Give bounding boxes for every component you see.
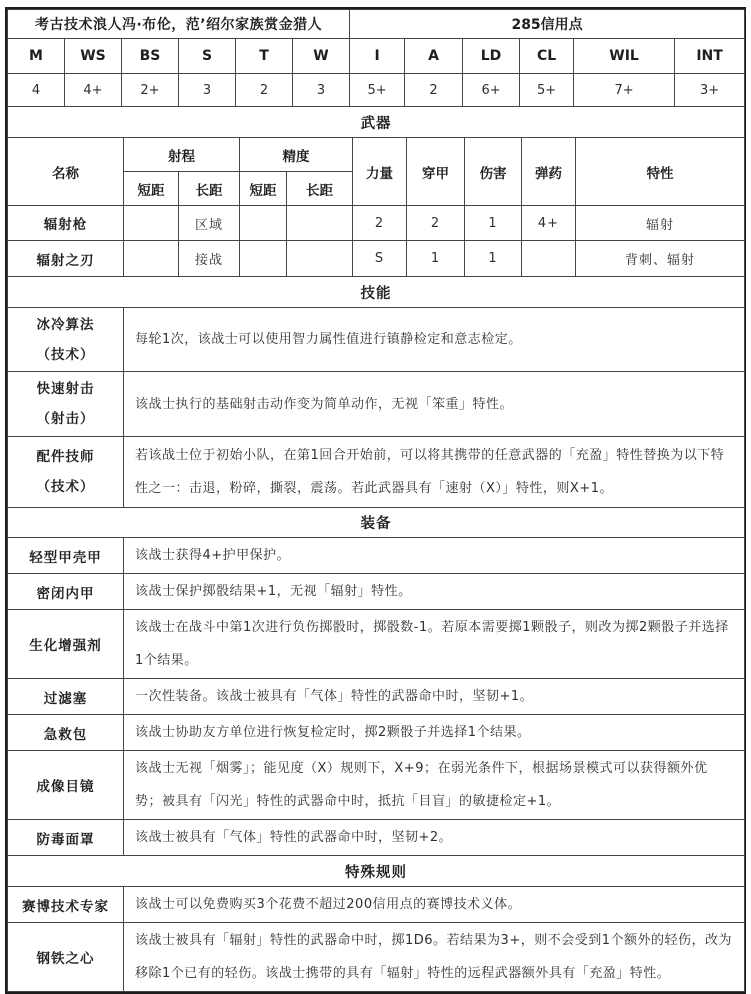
weapon-range-short [124, 206, 179, 241]
stat-header-a: A [405, 39, 463, 74]
special-rule-description: 该战士被具有「辐射」特性的武器命中时，掷1D6。若结果为3+，则不会受到1个额外… [124, 923, 745, 992]
stat-header-row: M WS BS S T W I A LD CL WIL INT [8, 39, 745, 74]
weapons-header-accuracy-long: 长距 [287, 172, 353, 206]
equipment-description: 一次性装备。该战士被具有「气体」特性的武器命中时，坚韧+1。 [124, 679, 745, 715]
weapon-row: 辐射枪 区域 2 2 1 4+ 辐射 [8, 206, 745, 241]
weapons-header-row-1: 名称 射程 精度 力量 穿甲 伤害 弹药 特性 [8, 138, 745, 172]
skill-name-line2: （技术） [8, 340, 123, 370]
skill-name: 配件技师 （技术） [8, 437, 124, 508]
stat-value-m: 4 [8, 74, 65, 107]
stat-header-int: INT [675, 39, 745, 74]
weapon-range-short [124, 241, 179, 277]
stat-header-ld: LD [463, 39, 520, 74]
weapon-acc-long [287, 206, 353, 241]
skill-name: 冰冷算法 （技术） [8, 308, 124, 372]
weapon-damage: 1 [465, 206, 522, 241]
weapon-ap: 1 [407, 241, 465, 277]
equipment-row: 轻型甲壳甲 该战士获得4+护甲保护。 [8, 538, 745, 574]
character-title: 考古技术浪人冯·布伦，范’绍尔家族赏金猎人 [8, 10, 350, 39]
equipment-row: 急救包 该战士协助友方单位进行恢复检定时，掷2颗骰子并选择1个结果。 [8, 715, 745, 751]
weapon-name: 辐射枪 [8, 206, 124, 241]
equipment-description: 该战士无视「烟雾」；能见度（X）规则下，X+9；在弱光条件下，根据场景模式可以获… [124, 751, 745, 820]
skill-name-line2: （射击） [8, 404, 123, 434]
weapons-header-traits: 特性 [576, 138, 745, 206]
stat-value-bs: 2+ [122, 74, 179, 107]
equipment-table: 装备 轻型甲壳甲 该战士获得4+护甲保护。 密闭内甲 该战士保护掷骰结果+1，无… [7, 507, 745, 856]
skill-row: 配件技师 （技术） 若该战士位于初始小队，在第1回合开始前，可以将其携带的任意武… [8, 437, 745, 508]
special-rules-table: 特殊规则 赛博技术专家 该战士可以免费购买3个花费不超过200信用点的赛博技术义… [7, 855, 745, 992]
stat-value-s: 3 [179, 74, 236, 107]
credits-value: 285信用点 [350, 10, 745, 39]
equipment-name: 过滤塞 [8, 679, 124, 715]
stat-header-m: M [8, 39, 65, 74]
stat-value-cl: 5+ [520, 74, 574, 107]
skill-name-line1: 配件技师 [8, 442, 123, 472]
stat-value-int: 3+ [675, 74, 745, 107]
skill-description: 若该战士位于初始小队，在第1回合开始前，可以将其携带的任意武器的「充盈」特性替换… [124, 437, 745, 508]
stat-value-row: 4 4+ 2+ 3 2 3 5+ 2 6+ 5+ 7+ 3+ [8, 74, 745, 107]
equipment-name: 生化增强剂 [8, 610, 124, 679]
equipment-description: 该战士保护掷骰结果+1，无视「辐射」特性。 [124, 574, 745, 610]
stat-value-i: 5+ [350, 74, 405, 107]
weapon-range-long: 区域 [179, 206, 240, 241]
equipment-row: 过滤塞 一次性装备。该战士被具有「气体」特性的武器命中时，坚韧+1。 [8, 679, 745, 715]
equipment-name: 密闭内甲 [8, 574, 124, 610]
weapon-ammo [522, 241, 576, 277]
section-title-equipment: 装备 [8, 508, 745, 538]
equipment-description: 该战士在战斗中第1次进行负伤掷骰时，掷骰数-1。若原本需要掷1颗骰子，则改为掷2… [124, 610, 745, 679]
stat-value-ld: 6+ [463, 74, 520, 107]
weapons-header-range: 射程 [124, 138, 240, 172]
weapons-table: 武器 名称 射程 精度 力量 穿甲 伤害 弹药 特性 短距 长距 短距 长距 辐… [7, 106, 745, 277]
section-title-special-rules: 特殊规则 [8, 856, 745, 887]
weapons-header-ammo: 弹药 [522, 138, 576, 206]
special-rule-name: 赛博技术专家 [8, 887, 124, 923]
equipment-name: 成像目镜 [8, 751, 124, 820]
weapon-name: 辐射之刃 [8, 241, 124, 277]
equipment-name: 急救包 [8, 715, 124, 751]
skill-name: 快速射击 （射击） [8, 372, 124, 437]
weapon-damage: 1 [465, 241, 522, 277]
special-rule-name: 钢铁之心 [8, 923, 124, 992]
stat-value-ws: 4+ [65, 74, 122, 107]
equipment-description: 该战士被具有「气体」特性的武器命中时，坚韧+2。 [124, 820, 745, 856]
skill-description: 该战士执行的基础射击动作变为简单动作，无视「笨重」特性。 [124, 372, 745, 437]
weapon-acc-long [287, 241, 353, 277]
skill-description: 每轮1次，该战士可以使用智力属性值进行镇静检定和意志检定。 [124, 308, 745, 372]
skill-name-line1: 快速射击 [8, 374, 123, 404]
weapons-header-accuracy: 精度 [240, 138, 353, 172]
stat-header-s: S [179, 39, 236, 74]
stat-header-w: W [293, 39, 350, 74]
skill-row: 快速射击 （射击） 该战士执行的基础射击动作变为简单动作，无视「笨重」特性。 [8, 372, 745, 437]
skill-name-line2: （技术） [8, 472, 123, 502]
equipment-row: 防毒面罩 该战士被具有「气体」特性的武器命中时，坚韧+2。 [8, 820, 745, 856]
weapons-header-range-short: 短距 [124, 172, 179, 206]
equipment-description: 该战士协助友方单位进行恢复检定时，掷2颗骰子并选择1个结果。 [124, 715, 745, 751]
stat-value-a: 2 [405, 74, 463, 107]
weapons-header-range-long: 长距 [179, 172, 240, 206]
statline-table: 考古技术浪人冯·布伦，范’绍尔家族赏金猎人 285信用点 M WS BS S T… [7, 9, 745, 107]
skill-row: 冰冷算法 （技术） 每轮1次，该战士可以使用智力属性值进行镇静检定和意志检定。 [8, 308, 745, 372]
equipment-row: 密闭内甲 该战士保护掷骰结果+1，无视「辐射」特性。 [8, 574, 745, 610]
weapon-strength: S [353, 241, 407, 277]
stat-value-wil: 7+ [574, 74, 675, 107]
weapon-ammo: 4+ [522, 206, 576, 241]
skill-name-line1: 冰冷算法 [8, 310, 123, 340]
weapon-strength: 2 [353, 206, 407, 241]
stat-header-bs: BS [122, 39, 179, 74]
stat-header-cl: CL [520, 39, 574, 74]
weapons-header-accuracy-short: 短距 [240, 172, 287, 206]
weapon-traits: 辐射 [576, 206, 745, 241]
stat-header-wil: WIL [574, 39, 675, 74]
equipment-description: 该战士获得4+护甲保护。 [124, 538, 745, 574]
weapon-acc-short [240, 241, 287, 277]
section-title-weapons: 武器 [8, 107, 745, 138]
weapons-header-ap: 穿甲 [407, 138, 465, 206]
equipment-name: 防毒面罩 [8, 820, 124, 856]
skills-table: 技能 冰冷算法 （技术） 每轮1次，该战士可以使用智力属性值进行镇静检定和意志检… [7, 276, 745, 508]
stat-header-ws: WS [65, 39, 122, 74]
section-title-skills: 技能 [8, 277, 745, 308]
weapons-header-name: 名称 [8, 138, 124, 206]
weapon-row: 辐射之刃 接战 S 1 1 背刺、辐射 [8, 241, 745, 277]
stat-header-t: T [236, 39, 293, 74]
weapons-header-strength: 力量 [353, 138, 407, 206]
equipment-name: 轻型甲壳甲 [8, 538, 124, 574]
special-rule-row: 赛博技术专家 该战士可以免费购买3个花费不超过200信用点的赛博技术义体。 [8, 887, 745, 923]
equipment-row: 生化增强剂 该战士在战斗中第1次进行负伤掷骰时，掷骰数-1。若原本需要掷1颗骰子… [8, 610, 745, 679]
weapon-ap: 2 [407, 206, 465, 241]
special-rule-description: 该战士可以免费购买3个花费不超过200信用点的赛博技术义体。 [124, 887, 745, 923]
equipment-row: 成像目镜 该战士无视「烟雾」；能见度（X）规则下，X+9；在弱光条件下，根据场景… [8, 751, 745, 820]
special-rule-row: 钢铁之心 该战士被具有「辐射」特性的武器命中时，掷1D6。若结果为3+，则不会受… [8, 923, 745, 992]
stat-value-t: 2 [236, 74, 293, 107]
character-sheet: 考古技术浪人冯·布伦，范’绍尔家族赏金猎人 285信用点 M WS BS S T… [5, 7, 746, 994]
weapon-range-long: 接战 [179, 241, 240, 277]
stat-header-i: I [350, 39, 405, 74]
weapon-traits: 背刺、辐射 [576, 241, 745, 277]
weapon-acc-short [240, 206, 287, 241]
weapons-header-damage: 伤害 [465, 138, 522, 206]
stat-value-w: 3 [293, 74, 350, 107]
